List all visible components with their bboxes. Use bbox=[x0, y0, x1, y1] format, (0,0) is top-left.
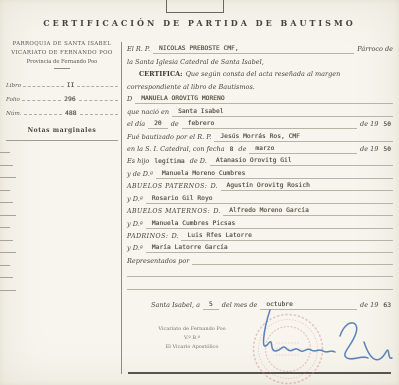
typed-value: Manuela Cumbres Picsas bbox=[146, 220, 393, 229]
vicar-title: El Vicario Apostólico bbox=[136, 343, 248, 352]
certifica-row: CERTIFICA:Que según consta del acta rese… bbox=[127, 67, 393, 79]
form-label: Párroco de bbox=[357, 45, 393, 54]
page-title: CERTIFICACIÓN DE PARTIDA DE BAUTISMO bbox=[0, 18, 399, 28]
form-label: el día bbox=[127, 120, 145, 129]
folio-value: 296 bbox=[61, 95, 79, 103]
form-label: de bbox=[238, 145, 246, 154]
form-label: ABUELOS PATERNOS: bbox=[127, 183, 207, 191]
province-name: Provincia de Fernando Poo bbox=[6, 58, 118, 66]
form-label: de 19 bbox=[360, 145, 378, 154]
notes-rule bbox=[6, 140, 118, 141]
typed-value: Atanasio Orovitg Gil bbox=[210, 157, 393, 166]
typed-value: Jesús Morrás Ros, CMF bbox=[214, 133, 393, 142]
sidebar: PARROQUIA DE SANTA ISABEL VICARIATO DE F… bbox=[6, 40, 118, 141]
typed-value: 50 bbox=[381, 146, 393, 154]
typed-value: Santa Isabel bbox=[172, 108, 393, 117]
godfather-row: PADRINOS:D.Luis Rfes Latorre bbox=[127, 229, 393, 241]
birthplace-row: que nació enSanta Isabel bbox=[127, 104, 393, 116]
leader-line bbox=[24, 114, 62, 115]
maternal-grandmother-row: y D.ªManuela Cumbres Picsas bbox=[127, 216, 393, 228]
margin-ruling-dash bbox=[0, 227, 10, 228]
form-label: D. bbox=[213, 207, 220, 216]
typed-value: 5 bbox=[203, 301, 219, 310]
form-label: de bbox=[171, 120, 179, 129]
form-label: de 19 bbox=[360, 120, 378, 129]
form-label: y D.ª bbox=[127, 220, 143, 229]
typed-value: marzo bbox=[249, 145, 357, 154]
province-underline bbox=[54, 68, 70, 69]
approval-office: Vicariato de Fernando Poo bbox=[136, 325, 248, 334]
certifica-row-2: correspondiente al libro de Bautismos. bbox=[127, 79, 393, 91]
margin-ruling-dash bbox=[0, 277, 13, 278]
libro-value: II bbox=[64, 81, 78, 89]
typed-value: Manuela Moreno Cumbres bbox=[156, 170, 393, 179]
form-label: que nació en bbox=[127, 108, 169, 117]
form-label: Fué bautizado por el R. P. bbox=[127, 133, 211, 142]
typed-value: legítima bbox=[152, 158, 186, 166]
margin-ruling-dash bbox=[0, 177, 16, 178]
leader-line bbox=[22, 100, 61, 101]
folio-row: Folio 296 bbox=[6, 89, 118, 103]
form-label: D. bbox=[171, 232, 178, 241]
represented-by-row: Representados por bbox=[127, 253, 393, 265]
marginal-notes-heading: Notas marginales bbox=[6, 127, 118, 134]
form-label: Representados por bbox=[127, 257, 189, 266]
form-label: ABUELOS MATERNOS: bbox=[127, 208, 210, 216]
typed-value: Alfredo Moreno García bbox=[223, 207, 393, 216]
typed-value: NICOLAS PREBOSTE CMF, bbox=[153, 45, 354, 54]
baptism-date-row: en la S. I. Catedral, con fecha8demarzod… bbox=[127, 142, 393, 154]
margin-ruling-dash bbox=[0, 290, 16, 291]
typed-value: María Latorre García bbox=[146, 244, 393, 253]
form-label: Santa Isabel, a bbox=[151, 301, 200, 310]
form-label: CERTIFICA: bbox=[139, 70, 183, 79]
father-row: Es hijolegítimade D.Atanasio Orovitg Gil bbox=[127, 154, 393, 166]
margin-ruling-dash bbox=[0, 190, 10, 191]
paternal-grandfather-row: ABUELOS PATERNOS:D.Agustín Orovitg Rosic… bbox=[127, 179, 393, 191]
column-divider bbox=[121, 42, 122, 374]
maternal-grandfather-row: ABUELOS MATERNOS:D.Alfredo Moreno García bbox=[127, 204, 393, 216]
form-label: D. bbox=[210, 182, 217, 191]
vicariate-name: VICARIATO DE FERNANDO POO bbox=[6, 49, 118, 58]
num-label: Núm. bbox=[6, 111, 22, 117]
parish-name: PARROQUIA DE SANTA ISABEL bbox=[6, 40, 118, 49]
typed-value: Rosario Gil Royo bbox=[146, 195, 393, 204]
margin-ruling-dash bbox=[0, 165, 13, 166]
form-label: en la S. I. Catedral, con fecha bbox=[127, 145, 225, 154]
form-label: la Santa Iglesia Catedral de Santa Isabe… bbox=[127, 58, 264, 67]
baptized-name-row: DMANUELA OROVITG MORENO bbox=[127, 92, 393, 104]
typed-value: 20 bbox=[148, 120, 168, 129]
typed-value: Agustín Orovitg Rosich bbox=[221, 182, 393, 191]
leader-line bbox=[23, 86, 64, 87]
file-tab-box bbox=[166, 0, 224, 13]
margin-ruling-dash bbox=[0, 240, 13, 241]
margin-ruling-dash bbox=[0, 265, 10, 266]
paternal-grandmother-row: y D.ªRosario Gil Royo bbox=[127, 191, 393, 203]
mother-row: y de D.ªManuela Moreno Cumbres bbox=[127, 166, 393, 178]
typed-value: 8 bbox=[228, 146, 236, 154]
form-rows: El R. P.NICOLAS PREBOSTE CMF,Párroco del… bbox=[127, 42, 393, 310]
form-label: y D.ª bbox=[127, 244, 143, 253]
form-label: de D. bbox=[190, 157, 207, 166]
margin-ruling-dash bbox=[0, 252, 16, 253]
blank-line bbox=[127, 275, 393, 277]
baptism-certificate-document: CERTIFICACIÓN DE PARTIDA DE BAUTISMO PAR… bbox=[0, 0, 399, 385]
form-label: y D.ª bbox=[127, 195, 143, 204]
num-row: Núm. 488 bbox=[6, 103, 118, 117]
typed-value: MANUELA OROVITG MORENO bbox=[135, 95, 393, 104]
margin-ruling-dash bbox=[0, 215, 16, 216]
church-row: la Santa Iglesia Catedral de Santa Isabe… bbox=[127, 54, 393, 66]
form-label: y de D.ª bbox=[127, 170, 153, 179]
form-label: Es hijo bbox=[127, 157, 149, 166]
form-label: El R. P. bbox=[127, 45, 150, 54]
blank-line bbox=[192, 263, 393, 265]
blank-row bbox=[127, 278, 393, 290]
blank-row bbox=[127, 266, 393, 278]
form-label: D bbox=[127, 95, 132, 104]
form-label: Que según consta del acta reseñada al ma… bbox=[186, 70, 341, 79]
form-label: correspondiente al libro de Bautismos. bbox=[127, 83, 255, 92]
typed-value: febrero bbox=[182, 120, 357, 129]
typed-value: Luis Rfes Latorre bbox=[181, 232, 393, 241]
typed-value: 50 bbox=[381, 121, 393, 129]
leader-line bbox=[79, 100, 118, 101]
birthdate-row: el día20defebrerode 1950 bbox=[127, 117, 393, 129]
signature bbox=[240, 300, 398, 380]
leader-line bbox=[80, 114, 118, 115]
libro-label: Libro bbox=[6, 83, 21, 89]
folio-label: Folio bbox=[6, 97, 20, 103]
approval-block: Vicariato de Fernando Poo V.º B.º El Vic… bbox=[136, 325, 248, 352]
form-label: PADRINOS: bbox=[127, 233, 168, 241]
margin-ruling-dash bbox=[0, 202, 13, 203]
leader-line bbox=[77, 86, 118, 87]
priest-row: El R. P.NICOLAS PREBOSTE CMF,Párroco de bbox=[127, 42, 393, 54]
num-value: 488 bbox=[62, 109, 80, 117]
blank-line bbox=[127, 288, 393, 290]
godmother-row: y D.ªMaría Latorre García bbox=[127, 241, 393, 253]
baptizing-priest-row: Fué bautizado por el R. P.Jesús Morrás R… bbox=[127, 129, 393, 141]
visto-bueno: V.º B.º bbox=[136, 334, 248, 343]
margin-ruling-dash bbox=[0, 152, 10, 153]
libro-row: Libro II bbox=[6, 75, 118, 89]
